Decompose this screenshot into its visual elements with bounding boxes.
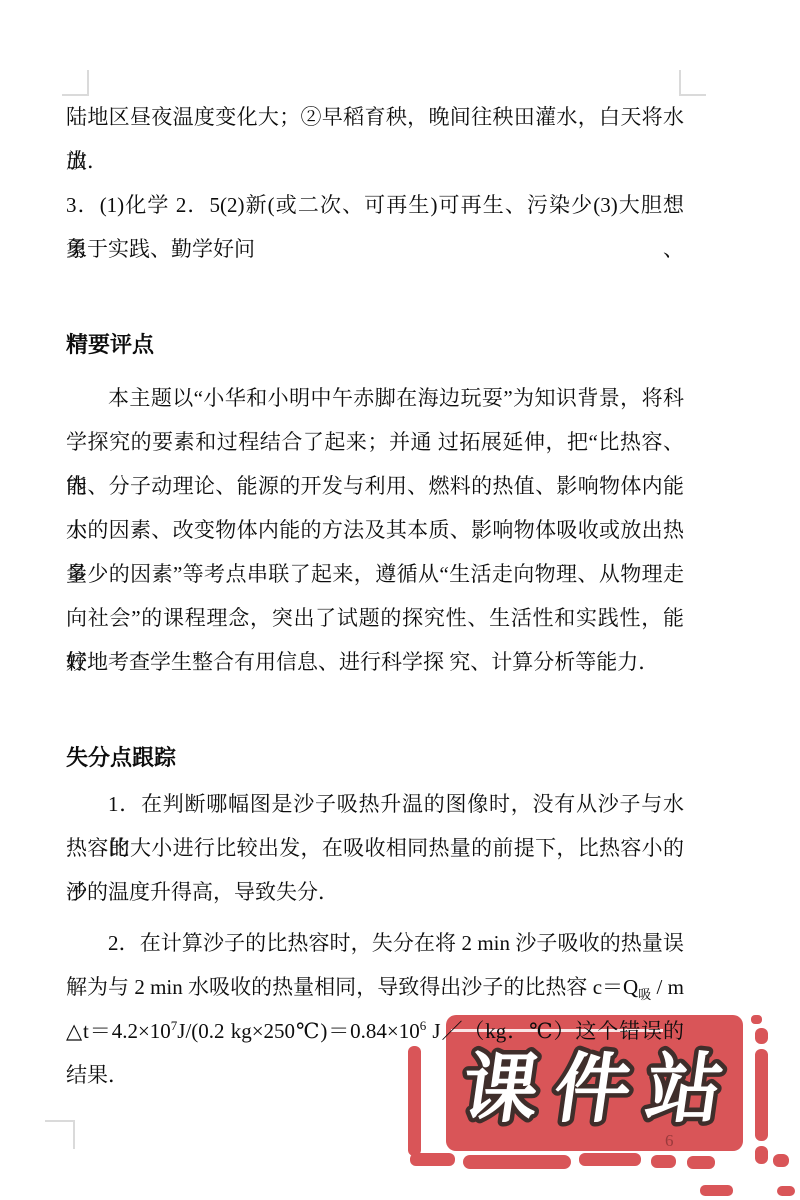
margin-mark-bottom-left	[45, 1120, 75, 1149]
stamp-dash	[687, 1156, 715, 1169]
stamp-dash	[579, 1153, 641, 1166]
stamp-dash	[463, 1155, 571, 1169]
text-line: 结果．	[66, 1053, 684, 1097]
text-line: 3．(1)化学 2．5(2)新(或二次、可再生)可再生、污染少(3)大胆想象、	[66, 183, 684, 227]
paragraph-point1: 1．在判断哪幅图是沙子吸热升温的图像时，没有从沙子与水比 热容的大小进行比较出发…	[66, 782, 684, 914]
text-line: 2．在计算沙子的比热容时，失分在将 2 min 沙子吸收的热量误	[66, 921, 684, 965]
text-line: 多少的因素”等考点串联了起来，遵循从“生活走向物理、从物理走	[66, 552, 684, 596]
stamp-stroke-right-corner	[751, 1015, 762, 1024]
stamp-dash	[700, 1185, 733, 1196]
paragraph-point2: 2．在计算沙子的比热容时，失分在将 2 min 沙子吸收的热量误 解为与 2 m…	[66, 921, 684, 1097]
text-line: 好地考查学生整合有用信息、进行科学探 究、计算分析等能力．	[66, 640, 684, 684]
text-line: 1．在判断哪幅图是沙子吸热升温的图像时，没有从沙子与水比	[66, 782, 684, 826]
stamp-stroke-right	[755, 1049, 768, 1141]
document-page: { "page": { "number": "6" }, "stamp": { …	[0, 0, 800, 1200]
stamp-dash	[410, 1153, 455, 1166]
text-line: 出．	[66, 139, 684, 183]
section-heading-review: 精要评点	[66, 323, 684, 367]
section-heading-track: 失分点跟踪	[66, 736, 684, 780]
stamp-dash	[651, 1155, 676, 1168]
paragraph-intro: 陆地区昼夜温度变化大；②早稻育秧，晚间往秧田灌水，白天将水放 出．	[66, 95, 684, 183]
text-line: 小的因素、改变物体内能的方法及其本质、影响物体吸收或放出热量	[66, 508, 684, 552]
formula-line: △t＝4.2×107J/(0.2 kg×250℃)＝0.84×106 J／（kg…	[66, 1009, 684, 1053]
paragraph-answers: 3．(1)化学 2．5(2)新(或二次、可再生)可再生、污染少(3)大胆想象、 …	[66, 183, 684, 271]
stamp-dash	[755, 1146, 768, 1164]
stamp-dash	[773, 1154, 789, 1167]
subscript-xi: 吸	[638, 987, 651, 1002]
body-text: 陆地区昼夜温度变化大；②早稻育秧，晚间往秧田灌水，白天将水放 出． 3．(1)化…	[66, 95, 684, 1097]
paragraph-review: 本主题以“小华和小明中午赤脚在海边玩耍”为知识背景，将科 学探究的要素和过程结合…	[66, 376, 684, 684]
text-line: 陆地区昼夜温度变化大；②早稻育秧，晚间往秧田灌水，白天将水放	[66, 95, 684, 139]
text-line: 子的温度升得高，导致失分．	[66, 870, 684, 914]
text-line: 热容的大小进行比较出发，在吸收相同热量的前提下，比热容小的沙	[66, 826, 684, 870]
margin-mark-top-left	[62, 70, 89, 96]
stamp-dash	[777, 1186, 795, 1196]
stamp-stroke-right-top	[755, 1028, 768, 1044]
text-line: 能、分子动理论、能源的开发与利用、燃料的热值、影响物体内能大	[66, 464, 684, 508]
margin-mark-top-right	[679, 70, 706, 96]
text-line: 本主题以“小华和小明中午赤脚在海边玩耍”为知识背景，将科	[66, 376, 684, 420]
text-line: 解为与 2 min 水吸收的热量相同，导致得出沙子的比热容 c＝Q吸 / m	[66, 965, 684, 1009]
page-number: 6	[665, 1131, 674, 1151]
text-line: 学探究的要素和过程结合了起来；并通 过拓展延伸，把“比热容、内	[66, 420, 684, 464]
text-line: 向社会”的课程理念，突出了试题的探究性、生活性和实践性，能较	[66, 596, 684, 640]
